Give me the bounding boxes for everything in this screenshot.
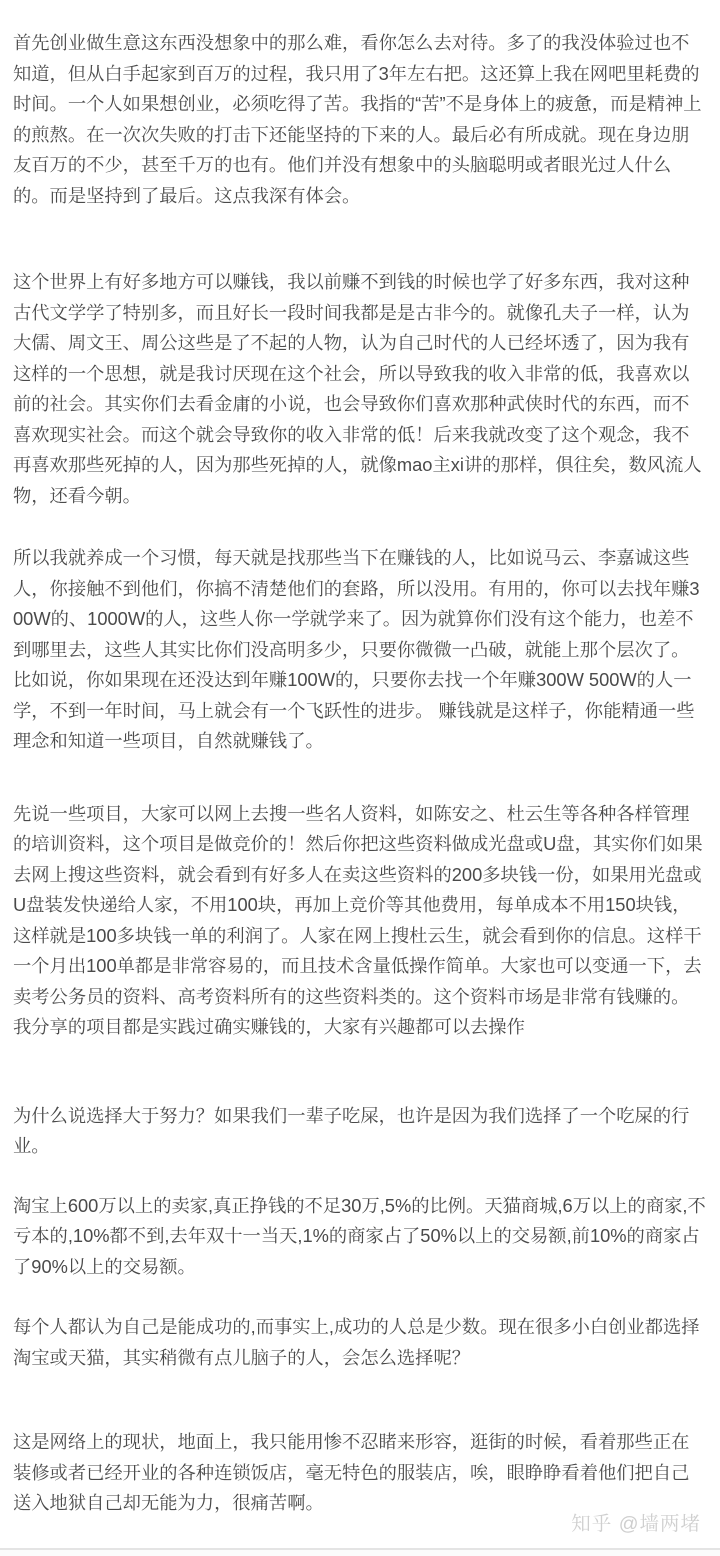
paragraph-3: 所以我就养成一个习惯，每天就是找那些当下在赚钱的人，比如说马云、李嘉诚这些人，你… xyxy=(13,543,707,757)
paragraph-5: 为什么说选择大于努力？如果我们一辈子吃屎，也许是因为我们选择了一个吃屎的行业。 xyxy=(13,1101,707,1162)
paragraph-2: 这个世界上有好多地方可以赚钱，我以前赚不到钱的时候也学了好多东西，我对这种古代文… xyxy=(13,267,707,511)
zhihu-answer-page: { "article": { "paragraphs": [ "首先创业做生意这… xyxy=(0,0,720,1556)
paragraph-4: 先说一些项目，大家可以网上去搜一些名人资料，如陈安之、杜云生等各种各样管理的培训… xyxy=(13,799,707,1043)
zhihu-watermark: 知乎 @墙两堵 xyxy=(571,1511,701,1537)
paragraph-7: 每个人都认为自己是能成功的,而事实上,成功的人总是少数。现在很多小白创业都选择淘… xyxy=(13,1312,707,1373)
paragraph-1: 首先创业做生意这东西没想象中的那么难，看你怎么去对待。多了的我没体验过也不知道，… xyxy=(13,28,707,211)
below-divider-strip xyxy=(0,1550,720,1556)
paragraph-6: 淘宝上600万以上的卖家,真正挣钱的不足30万,5%的比例。天猫商城,6万以上的… xyxy=(13,1191,707,1283)
paragraph-8: 这是网络上的现状，地面上，我只能用惨不忍睹来形容，逛街的时候，看着那些正在装修或… xyxy=(13,1427,707,1519)
answer-body: 首先创业做生意这东西没想象中的那么难，看你怎么去对待。多了的我没体验过也不知道，… xyxy=(0,0,720,1519)
